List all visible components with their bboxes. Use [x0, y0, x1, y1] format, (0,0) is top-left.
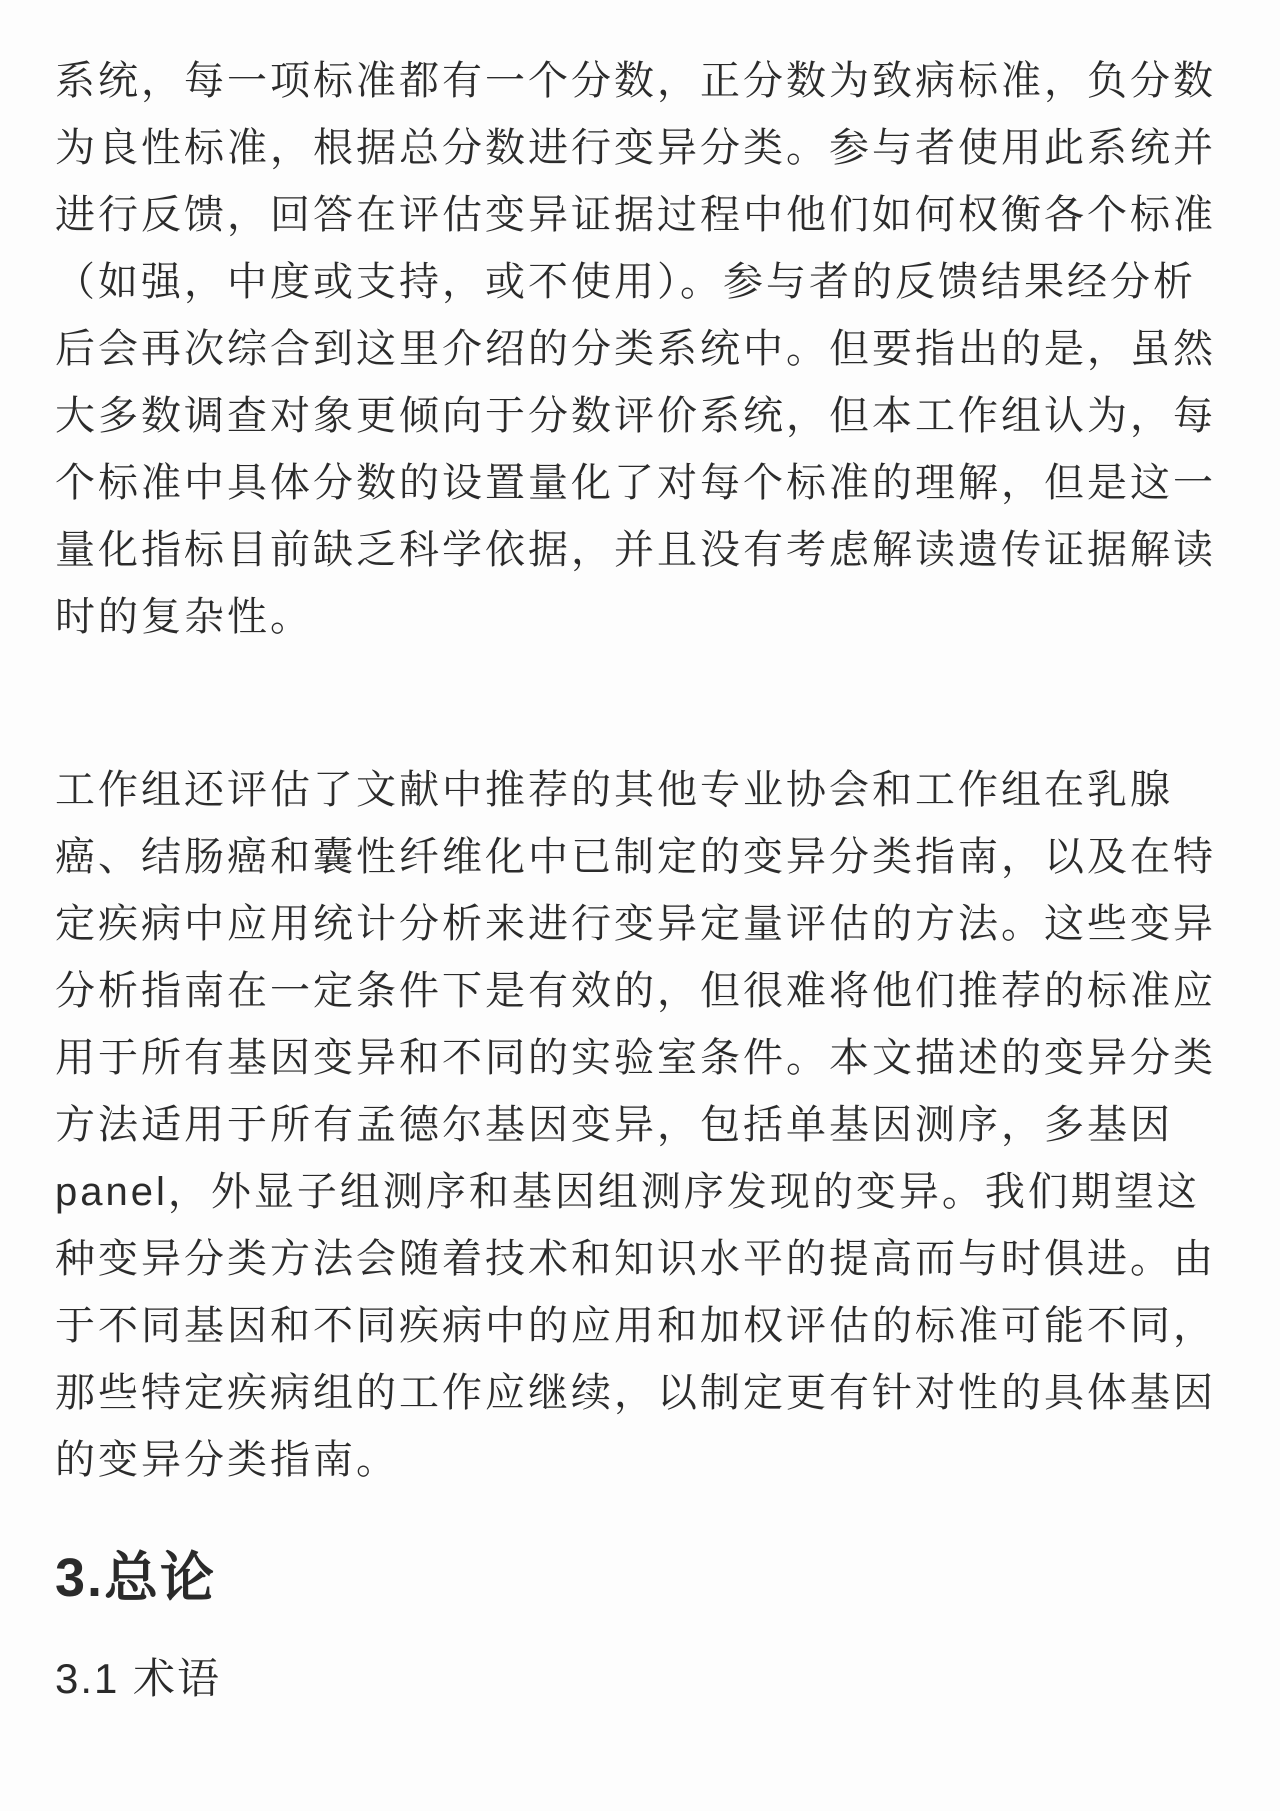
text-line: 大多数调查对象更倾向于分数评价系统，但本工作组认为，每 — [55, 383, 1230, 450]
text-line: 进行反馈，回答在评估变异证据过程中他们如何权衡各个标准 — [55, 182, 1230, 249]
paragraph-2: 工作组还评估了文献中推荐的其他专业协会和工作组在乳腺 癌、结肠癌和囊性纤维化中已… — [55, 757, 1230, 1494]
text-line: 分析指南在一定条件下是有效的，但很难将他们推荐的标准应 — [55, 958, 1230, 1025]
text-line: 那些特定疾病组的工作应继续，以制定更有针对性的具体基因 — [55, 1360, 1230, 1427]
text-line: 量化指标目前缺乏科学依据，并且没有考虑解读遗传证据解读 — [55, 517, 1230, 584]
text-line: 时的复杂性。 — [55, 584, 1230, 651]
text-line: panel，外显子组测序和基因组测序发现的变异。我们期望这 — [55, 1159, 1230, 1226]
paragraph-1: 系统，每一项标准都有一个分数，正分数为致病标准，负分数 为良性标准，根据总分数进… — [55, 48, 1230, 651]
text-line: 工作组还评估了文献中推荐的其他专业协会和工作组在乳腺 — [55, 757, 1230, 824]
text-line: 为良性标准，根据总分数进行变异分类。参与者使用此系统并 — [55, 115, 1230, 182]
text-line: 个标准中具体分数的设置量化了对每个标准的理解，但是这一 — [55, 450, 1230, 517]
text-line: （如强，中度或支持，或不使用）。参与者的反馈结果经分析 — [55, 249, 1230, 316]
text-line: 方法适用于所有孟德尔基因变异，包括单基因测序，多基因 — [55, 1092, 1230, 1159]
text-line: 系统，每一项标准都有一个分数，正分数为致病标准，负分数 — [55, 48, 1230, 115]
text-line: 于不同基因和不同疾病中的应用和加权评估的标准可能不同， — [55, 1293, 1230, 1360]
subsection-heading: 3.1 术语 — [55, 1654, 1230, 1704]
text-line: 癌、结肠癌和囊性纤维化中已制定的变异分类指南，以及在特 — [55, 824, 1230, 891]
section-heading: 3.总论 — [55, 1546, 1230, 1610]
text-line: 定疾病中应用统计分析来进行变异定量评估的方法。这些变异 — [55, 891, 1230, 958]
document-page: 系统，每一项标准都有一个分数，正分数为致病标准，负分数 为良性标准，根据总分数进… — [0, 0, 1280, 1811]
text-line: 种变异分类方法会随着技术和知识水平的提高而与时俱进。由 — [55, 1226, 1230, 1293]
text-line: 后会再次综合到这里介绍的分类系统中。但要指出的是，虽然 — [55, 316, 1230, 383]
text-line: 的变异分类指南。 — [55, 1427, 1230, 1494]
text-line: 用于所有基因变异和不同的实验室条件。本文描述的变异分类 — [55, 1025, 1230, 1092]
